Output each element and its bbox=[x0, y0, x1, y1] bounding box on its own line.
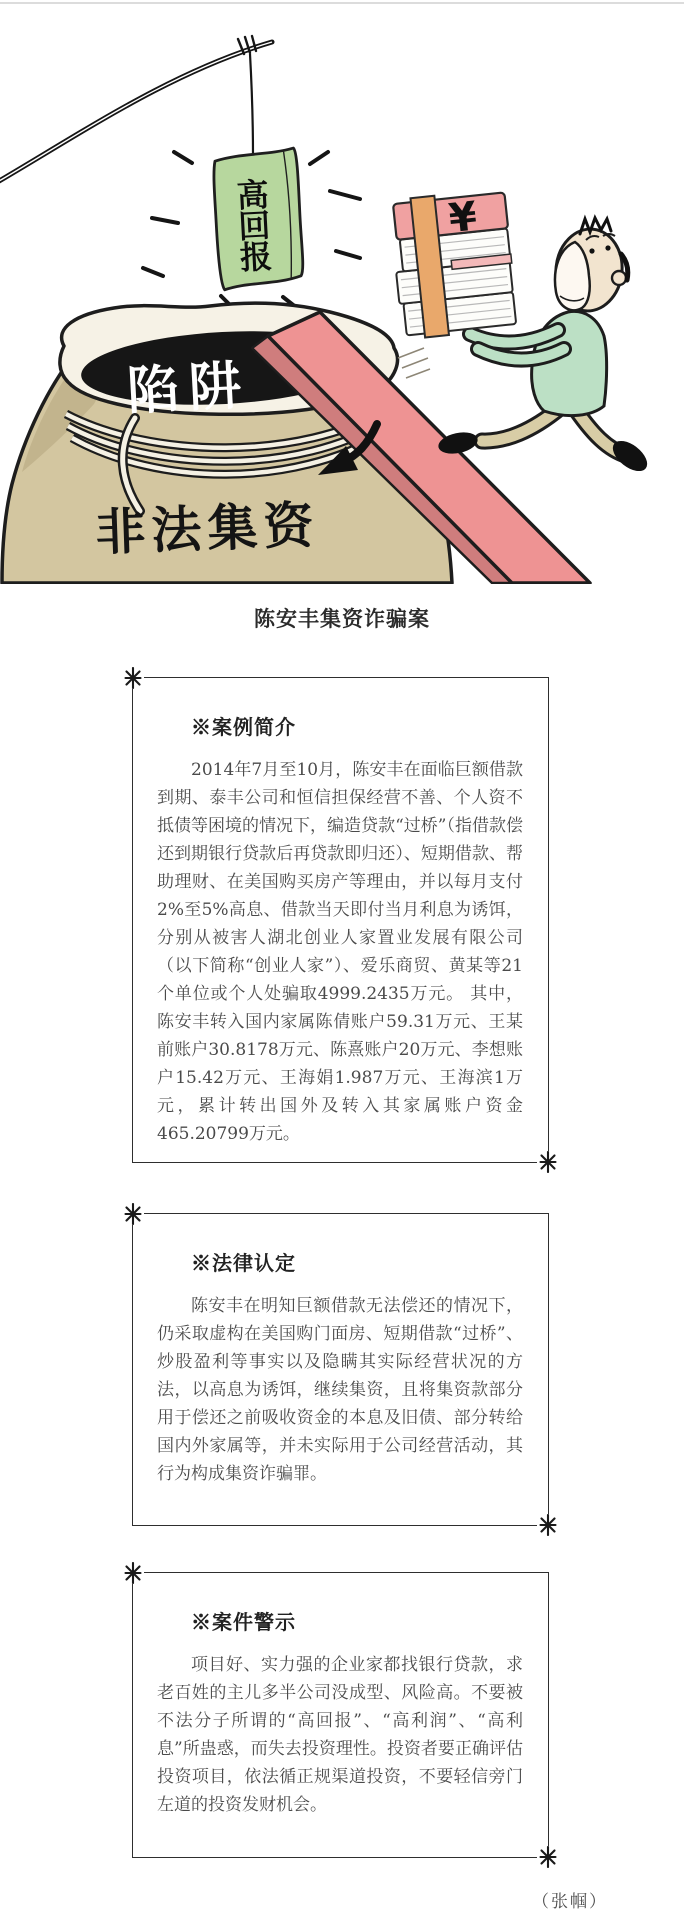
corner-star-icon bbox=[537, 1151, 559, 1173]
corner-star-icon bbox=[122, 1562, 144, 1584]
cartoon-illustration: 陷阱 非法集资 bbox=[0, 6, 684, 584]
corner-star-icon bbox=[122, 667, 144, 689]
section-body: 陈安丰在明知巨额借款无法偿还的情况下，仍采取虚构在美国购门面房、短期借款“过桥”… bbox=[157, 1292, 523, 1488]
article-page: 陷阱 非法集资 bbox=[0, 0, 684, 1932]
money-stack: ¥ bbox=[389, 188, 519, 339]
eye-right bbox=[605, 245, 610, 250]
corner-star-icon bbox=[537, 1846, 559, 1868]
section-body: 项目好、实力强的企业家都找银行贷款，求老百姓的主儿多半公司没成型、风险高。不要被… bbox=[157, 1651, 523, 1819]
corner-star-icon bbox=[537, 1514, 559, 1536]
section-heading: ※案件警示 bbox=[191, 1606, 524, 1635]
ear bbox=[612, 271, 626, 285]
section-case-intro: ※案例简介 2014年7月至10月，陈安丰在面临巨额借款到期、泰丰公司和恒信担保… bbox=[132, 677, 549, 1163]
bag-label: 非法集资 bbox=[94, 496, 320, 562]
section-body: 2014年7月至10月，陈安丰在面临巨额借款到期、泰丰公司和恒信担保经营不善、个… bbox=[157, 756, 523, 1148]
warning-tag: 高回报 bbox=[212, 148, 304, 290]
yuan-symbol: ¥ bbox=[447, 194, 480, 243]
top-divider bbox=[0, 2, 684, 4]
eye-left bbox=[589, 248, 594, 253]
section-heading: ※法律认定 bbox=[191, 1247, 524, 1276]
section-heading: ※案例简介 bbox=[191, 711, 524, 740]
corner-star-icon bbox=[122, 1203, 144, 1225]
page-title: 陈安丰集资诈骗案 bbox=[0, 603, 684, 633]
tag-label: 高回报 bbox=[236, 175, 273, 277]
trap-label: 陷阱 bbox=[126, 356, 253, 422]
section-legal-finding: ※法律认定 陈安丰在明知巨额借款无法偿还的情况下，仍采取虚构在美国购门面房、短期… bbox=[132, 1213, 549, 1526]
section-case-warning: ※案件警示 项目好、实力强的企业家都找银行贷款，求老百姓的主儿多半公司没成型、风… bbox=[132, 1572, 549, 1858]
author-byline: （张帼） bbox=[0, 1887, 608, 1912]
